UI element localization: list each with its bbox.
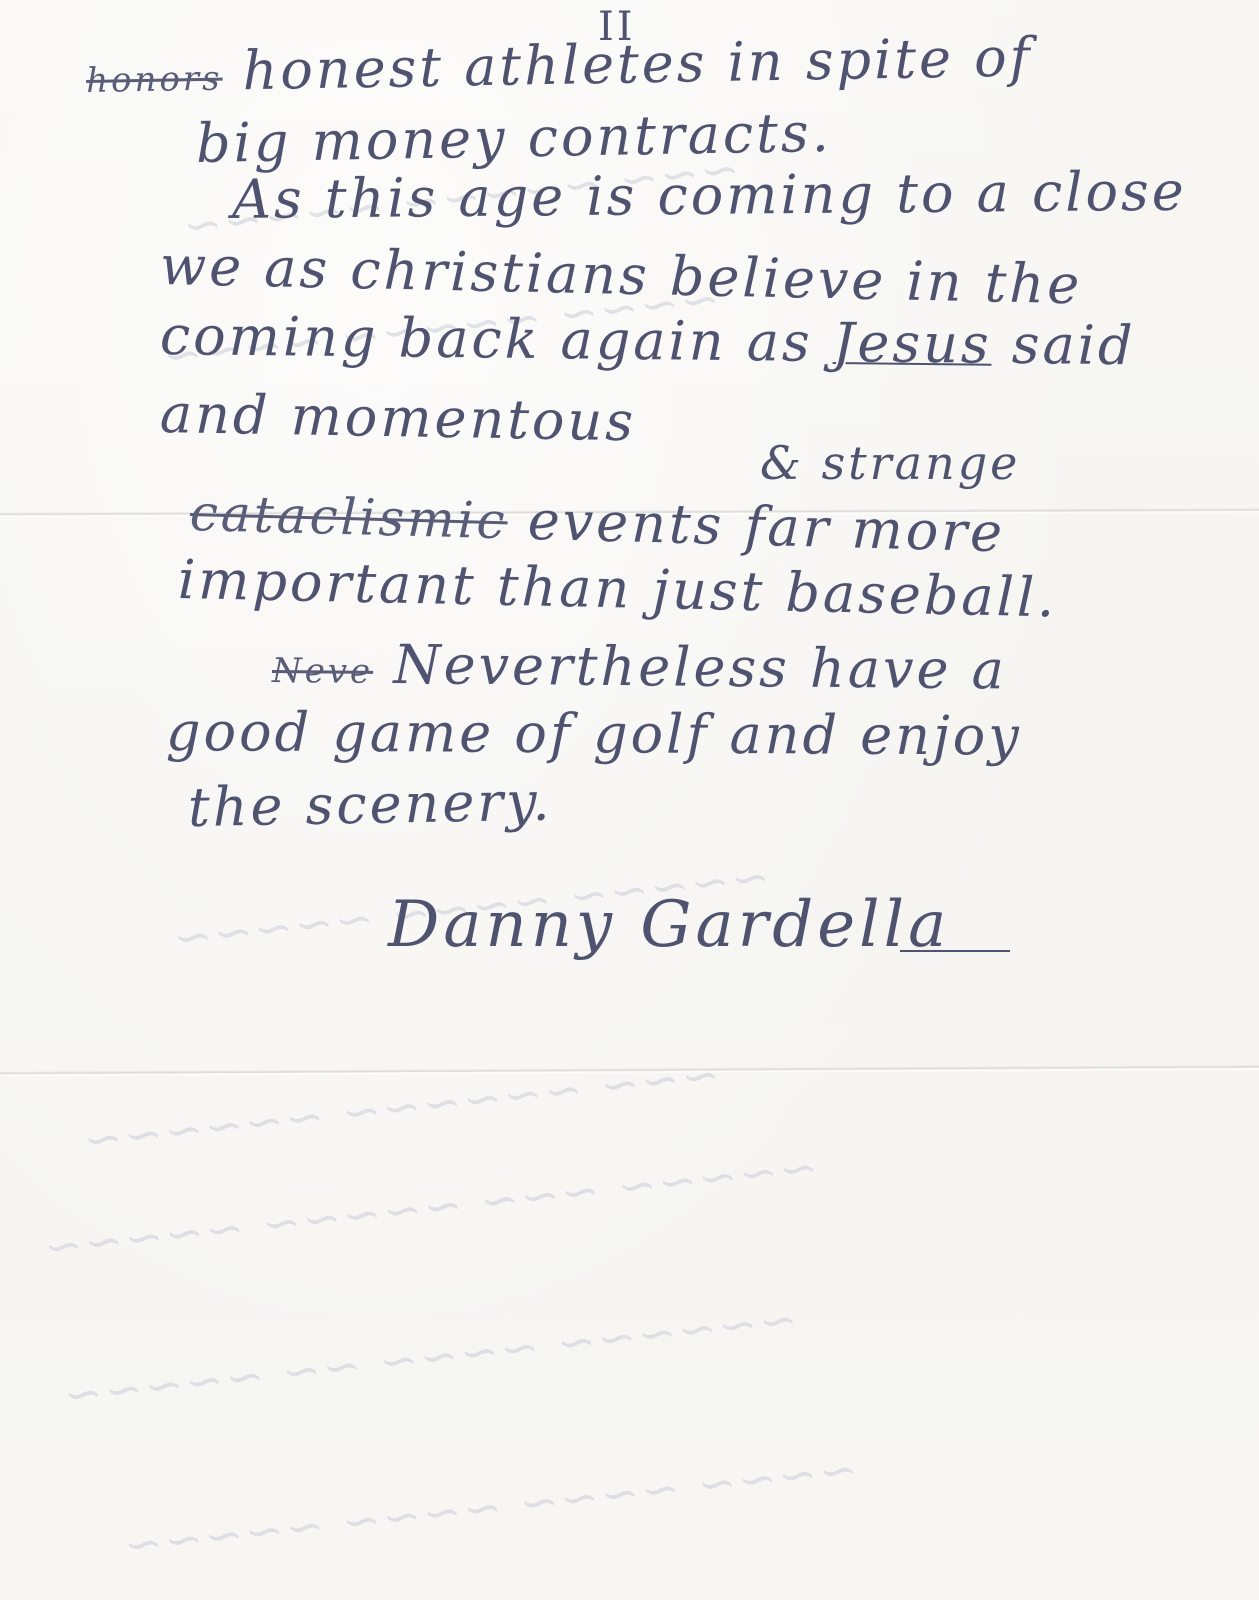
struck-word: cataclismic xyxy=(189,484,508,550)
line-text: good game of golf and enjoy xyxy=(166,700,1022,767)
handwritten-line: As this age is coming to a close xyxy=(232,160,1187,231)
handwritten-line: and momentous xyxy=(159,382,636,453)
struck-word: honors xyxy=(86,59,223,101)
line-text: As this age is coming to a close xyxy=(232,160,1187,231)
line-text-after: said xyxy=(1011,313,1135,377)
underlined-word: Jesus xyxy=(833,311,992,376)
signature: Danny Gardella xyxy=(388,888,950,962)
inserted-text: & strange xyxy=(760,436,1020,490)
handwritten-line: the scenery. xyxy=(187,770,553,839)
handwritten-line: Neve Nevertheless have a xyxy=(272,632,1007,701)
line-text: events far more xyxy=(527,489,1006,564)
line-text: and momentous xyxy=(159,382,636,453)
signature-underline xyxy=(900,950,1010,952)
line-text: coming back again as xyxy=(160,304,813,374)
handwritten-line: coming back again as Jesus said xyxy=(160,304,1136,377)
struck-word: Neve xyxy=(272,651,374,692)
line-text: the scenery. xyxy=(187,770,553,839)
line-text: Nevertheless have a xyxy=(393,633,1007,701)
handwritten-line: good game of golf and enjoy xyxy=(166,700,1022,767)
